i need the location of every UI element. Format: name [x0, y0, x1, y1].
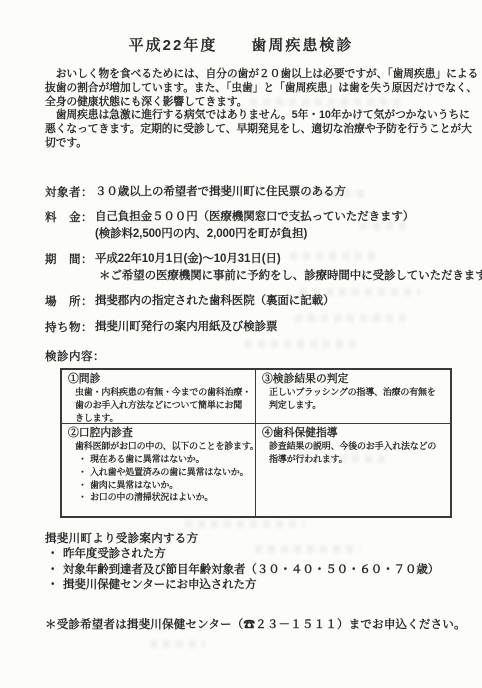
exam-cell-oral-examination: ②口腔内診査 歯科医師がお口の中の、以下のことを診ます。 ・ 現在ある歯に異常は… — [62, 424, 256, 516]
detail-value: ３０歳以上の希望者で揖斐川町に住民票のある方 — [95, 184, 462, 201]
exam-cell-line: 判定します。 — [262, 399, 445, 412]
exam-cell-line: 歯科医師がお口の中の、以下のことを診ます。 — [68, 440, 250, 453]
bullet-marker: ・ — [78, 453, 90, 466]
exam-cell-result-judgment: ③検診結果の判定 正しいブラッシングの指導、治療の有無を 判定します。 — [256, 370, 450, 424]
detail-value: 揖斐川町発行の案内用紙及び検診票 — [95, 319, 462, 336]
guide-item-text: 昨年度受診された方 — [63, 547, 166, 563]
exam-cell-bullet-list: ・ 現在ある歯に異常はないか。 ・ 入れ歯や処置済みの歯に異常はないか。 ・ 歯… — [68, 453, 250, 504]
detail-row-fee: 料 金： 自己負担金５００円（医療機関窓口で支払っていただきます） (検診料2,… — [45, 209, 462, 242]
exam-content-heading: 検診内容： — [45, 348, 482, 364]
exam-cell-bullet-text: お口の中の清掃状況はよいか。 — [90, 491, 213, 504]
bullet-marker: ・ — [78, 479, 90, 492]
exam-cell-bullet: ・ 歯肉に異常はないか。 — [78, 479, 250, 492]
detail-row-target-audience: 対象者： ３０歳以上の希望者で揖斐川町に住民票のある方 — [45, 184, 462, 201]
exam-cell-interview: ①問診 虫歯・内科疾患の有無・今までの歯科治療・ 歯のお手入れ方法などについて簡… — [62, 370, 256, 424]
exam-cell-line: 正しいブラッシングの指導、治療の有無を — [262, 386, 445, 399]
intro-line: 切です。 — [45, 137, 452, 151]
detail-value: 自己負担金５００円（医療機関窓口で支払っていただきます） — [95, 209, 462, 226]
bullet-marker: ・ — [78, 491, 90, 504]
detail-label: 対象者： — [45, 184, 95, 201]
details-section: 対象者： ３０歳以上の希望者で揖斐川町に住民票のある方 料 金： 自己負担金５０… — [45, 184, 462, 336]
intro-section: おいしく物を食べるためには、自分の歯が２０歯以上は必要ですが、「歯周疾患」による… — [45, 68, 452, 151]
exam-cell-bullet-text: 入れ歯や処置済みの歯に異常はないか。 — [90, 466, 248, 479]
exam-cell-bullet: ・ 現在ある歯に異常はないか。 — [78, 453, 250, 466]
detail-row-period: 期 間： 平成22年10月1日(金)～10月31日(日) ＊ご希望の医療機関に事… — [45, 251, 462, 284]
exam-cell-line: 診査結果の説明、今後のお手入れ法などの — [262, 440, 445, 453]
bleedthrough-smudge — [245, 340, 360, 348]
detail-row-items-to-bring: 持ち物： 揖斐川町発行の案内用紙及び検診票 — [45, 319, 462, 336]
exam-cell-line: 虫歯・内科疾患の有無・今までの歯科治療・ — [68, 386, 250, 399]
scanned-document-page: 平成22年度 歯周疾患検診 おいしく物を食べるためには、自分の歯が２０歯以上は必… — [0, 0, 482, 688]
exam-cell-bullet-text: 現在ある歯に異常はないか。 — [90, 453, 204, 466]
guide-item: ・ 対象年齢到達者及び節目年齢対象者（３０・４０・５０・６０・７０歳） — [45, 563, 462, 579]
intro-line: 歯周疾患は急激に進行する病気ではありません。5年・10年かけて気がつかないうちに — [45, 109, 452, 123]
guide-item-text: 対象年齢到達者及び節目年齢対象者（３０・４０・５０・６０・７０歳） — [63, 563, 439, 579]
detail-value: 平成22年10月1日(金)～10月31日(日) — [95, 251, 482, 268]
bullet-marker: ・ — [45, 578, 63, 594]
exam-cell-title: ①問診 — [68, 372, 250, 386]
exam-cell-line: 歯のお手入れ方法などについて簡単にお聞 — [68, 399, 250, 412]
bleedthrough-smudge — [150, 640, 205, 648]
guide-item-text: 揖斐川保健センターにお申込された方 — [63, 578, 256, 594]
exam-cell-line: きします。 — [68, 412, 250, 424]
detail-label: 持ち物： — [45, 319, 95, 336]
guide-item: ・ 昨年度受診された方 — [45, 547, 462, 563]
detail-value: ＊ご希望の医療機関に事前に予約をし、診療時間中に受診していただきます。 — [95, 268, 482, 285]
detail-label: 料 金： — [45, 209, 95, 242]
detail-row-location: 場 所： 揖斐郡内の指定された歯科医院（裏面に記載） — [45, 293, 462, 310]
exam-cell-dental-health-guidance: ④歯科保健指導 診査結果の説明、今後のお手入れ法などの 指導が行われます。 — [256, 424, 450, 516]
bullet-marker: ・ — [45, 563, 63, 579]
exam-cell-title: ④歯科保健指導 — [262, 426, 445, 440]
guide-section: 揖斐川町より受診案内する方 ・ 昨年度受診された方 ・ 対象年齢到達者及び節目年… — [45, 531, 462, 594]
document-title: 平成22年度 歯周疾患検診 — [30, 34, 452, 55]
exam-cell-bullet: ・ 入れ歯や処置済みの歯に異常はないか。 — [78, 466, 250, 479]
detail-label: 期 間： — [45, 251, 95, 284]
exam-cell-bullet-text: 歯肉に異常はないか。 — [90, 479, 178, 492]
exam-content-table: ①問診 虫歯・内科疾患の有無・今までの歯科治療・ 歯のお手入れ方法などについて簡… — [60, 368, 452, 518]
intro-line: 悪くなってきます。定期的に受診して、早期発見をし、適切な治療や予防を行うことが大 — [45, 123, 452, 137]
exam-cell-title: ②口腔内診査 — [68, 426, 250, 440]
intro-line: おいしく物を食べるためには、自分の歯が２０歯以上は必要ですが、「歯周疾患」による — [45, 68, 452, 82]
exam-cell-bullet: ・ お口の中の清掃状況はよいか。 — [78, 491, 250, 504]
guide-item: ・ 揖斐川保健センターにお申込された方 — [45, 578, 462, 594]
application-note: ＊受診希望者は揖斐川保健センター（☎２３－１５１１）までお申込ください。 — [45, 617, 462, 633]
exam-cell-line: 指導が行われます。 — [262, 453, 445, 466]
intro-line: 全身の健康状態にも深く影響してきます。 — [45, 96, 452, 110]
detail-value: (検診料2,500円の内、2,000円を町が負担) — [95, 226, 462, 243]
guide-heading: 揖斐川町より受診案内する方 — [45, 531, 462, 547]
detail-label: 場 所： — [45, 293, 95, 310]
bullet-marker: ・ — [45, 547, 63, 563]
exam-cell-title: ③検診結果の判定 — [262, 372, 445, 386]
intro-line: 抜歯の割合が増加しています。また、「虫歯」と「歯周疾患」は歯を失う原因だけでなく… — [45, 82, 452, 96]
bleedthrough-smudge — [185, 520, 305, 528]
detail-value: 揖斐郡内の指定された歯科医院（裏面に記載） — [95, 293, 462, 310]
bullet-marker: ・ — [78, 466, 90, 479]
